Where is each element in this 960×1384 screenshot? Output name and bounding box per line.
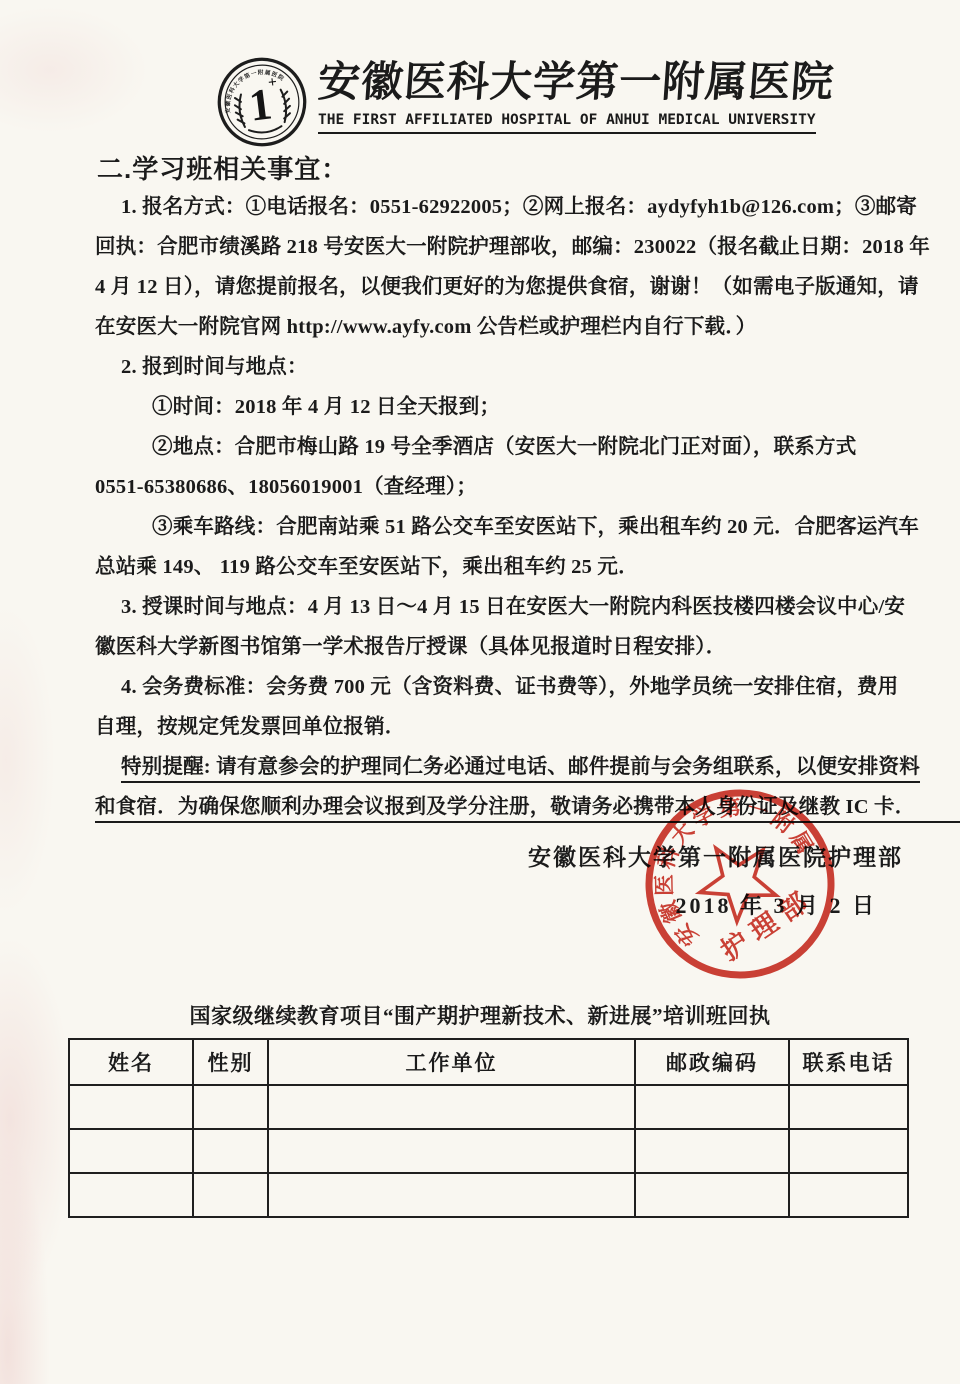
form-cell-empty [193,1129,268,1173]
form-cell-empty [268,1129,635,1173]
reply-form-empty-row [69,1173,908,1217]
notice-line: 自理，按规定凭发票回单位报销． [95,707,890,747]
notice-line: 4 月 12 日），请您提前报名，以便我们更好的为您提供食宿，谢谢！（如需电子版… [95,267,890,307]
reply-form-empty-row [69,1085,908,1129]
col-header-employer: 工作单位 [268,1039,635,1085]
notice-line: 1. 报名方式：①电话报名：0551-62922005；②网上报名：aydyfy… [95,187,890,227]
notice-line: 0551-65380686、18056019001（查经理）； [95,467,890,507]
notice-line: ③乘车路线：合肥南站乘 51 路公交车至安医站下，乘出租车约 20 元．合肥客运… [95,507,890,547]
col-header-name: 姓名 [69,1039,193,1085]
hospital-emblem-icon: 安徽医科大学第一附属医院 1 + [200,46,323,159]
form-cell-empty [789,1085,908,1129]
notice-line: 总站乘 149、 119 路公交车至安医站下，乘出租车约 25 元． [95,547,890,587]
notice-line: 回执：合肥市绩溪路 218 号安医大一附院护理部收，邮编：230022（报名截止… [95,227,890,267]
notice-line: ①时间：2018 年 4 月 12 日全天报到； [95,387,890,427]
form-cell-empty [268,1085,635,1129]
col-header-postcode: 邮政编码 [635,1039,789,1085]
reply-form-title: 国家级继续教育项目“围产期护理新技术、新进展”培训班回执 [0,1000,960,1030]
notice-line: 4. 会务费标准：会务费 700 元（含资料费、证书费等），外地学员统一安排住宿… [95,667,890,707]
form-cell-empty [789,1173,908,1217]
form-cell-empty [635,1129,789,1173]
form-cell-empty [69,1173,193,1217]
notice-line: ②地点：合肥市梅山路 19 号全季酒店（安医大一附院北门正对面），联系方式 [95,427,890,467]
scanned-notice-page: 安徽医科大学第一附属医院 1 + 安徽医科大学第一附属医院 THE FIRST … [0,0,960,1384]
hospital-title-cn: 安徽医科大学第一附属医院 [316,56,780,110]
hospital-title-en: THE FIRST AFFILIATED HOSPITAL OF ANHUI M… [318,112,816,134]
col-header-gender: 性别 [193,1039,268,1085]
form-cell-empty [69,1129,193,1173]
reply-form-table: 姓名 性别 工作单位 邮政编码 联系电话 [68,1038,909,1218]
notice-line: 在安医大一附院官网 http://www.ayfy.com 公告栏或护理栏内自行… [95,307,890,347]
hospital-header: 安徽医科大学第一附属医院 THE FIRST AFFILIATED HOSPIT… [318,56,778,134]
reply-form-empty-row [69,1129,908,1173]
form-cell-empty [69,1085,193,1129]
form-cell-empty [193,1173,268,1217]
form-cell-empty [193,1085,268,1129]
form-cell-empty [268,1173,635,1217]
form-cell-empty [635,1085,789,1129]
notice-line: 2. 报到时间与地点： [95,347,890,387]
form-cell-empty [789,1129,908,1173]
form-cell-empty [635,1173,789,1217]
reply-form-header-row: 姓名 性别 工作单位 邮政编码 联系电话 [69,1039,908,1085]
notice-line: 徽医科大学新图书馆第一学术报告厅授课（具体见报道时日程安排）． [95,627,890,667]
notice-body: 1. 报名方式：①电话报名：0551-62922005；②网上报名：aydyfy… [95,187,890,827]
section-heading: 二.学习班相关事宜： [97,149,348,186]
col-header-phone: 联系电话 [789,1039,908,1085]
notice-line: 3. 授课时间与地点：4 月 13 日～4 月 15 日在安医大一附院内科医技楼… [95,587,890,627]
